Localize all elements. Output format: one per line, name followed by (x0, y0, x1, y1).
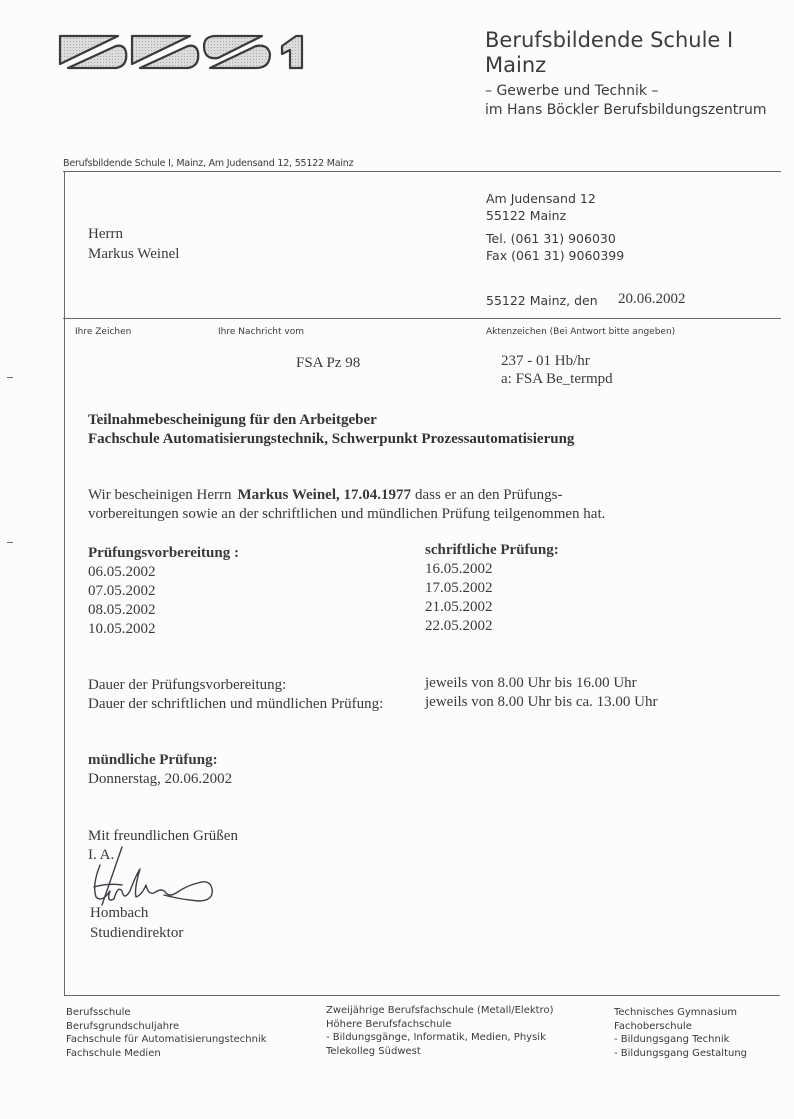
preparation-date: 07.05.2002 (88, 582, 239, 601)
written-exam-date: 17.05.2002 (425, 579, 559, 598)
recipient-salutation: Herrn (88, 224, 179, 244)
written-exam-date: 16.05.2002 (425, 560, 559, 579)
footer-item: Fachschule für Automatisierungstechnik (66, 1033, 267, 1047)
contact-phone: Tel. (061 31) 906030 (486, 230, 624, 247)
school-subtitle: – Gewerbe und Technik – im Hans Böckler … (485, 82, 767, 120)
frame-top-line (63, 171, 781, 172)
footer-item: Berufsgrundschuljahre (66, 1020, 267, 1034)
subject-line2: Fachschule Automatisierungstechnik, Schw… (88, 430, 574, 449)
recipient-address: Herrn Markus Weinel (88, 224, 179, 264)
date-label: 55122 Mainz, den (486, 293, 598, 308)
fold-mark-1 (7, 377, 13, 378)
ihre-zeichen-label: Ihre Zeichen (75, 327, 131, 337)
school-name: Berufsbildende Schule I Mainz (485, 28, 733, 78)
body-prefix: Wir bescheinigen Herrn (88, 487, 232, 503)
school-subtitle-line1: – Gewerbe und Technik – (485, 82, 767, 101)
fold-mark-2 (7, 542, 13, 543)
preparation-date: 06.05.2002 (88, 563, 239, 582)
preparation-heading: Prüfungsvorbereitung : (88, 544, 239, 563)
body-line2: vorbereitungen sowie an der schriftliche… (88, 505, 605, 524)
footer-item: Zweijährige Berufsfachschule (Metall/Ele… (326, 1004, 553, 1018)
ihre-nachricht-label: Ihre Nachricht vom (218, 327, 304, 337)
ihre-nachricht-value: FSA Pz 98 (296, 354, 360, 372)
aktenzeichen-value: 237 - 01 Hb/hr a: FSA Be_termpd (501, 352, 613, 388)
footer-col-1: Berufsschule Berufsgrundschuljahre Fachs… (66, 1006, 267, 1060)
signer-name: Hombach (90, 903, 183, 923)
aktenzeichen-line1: 237 - 01 Hb/hr (501, 352, 613, 370)
written-exam-heading: schriftliche Prüfung: (425, 541, 559, 560)
footer-col-2: Zweijährige Berufsfachschule (Metall/Ele… (326, 1004, 553, 1058)
footer-item: Fachschule Medien (66, 1047, 267, 1061)
duration-label: Dauer der Prüfungsvorbereitung: (88, 676, 383, 695)
footer-item: - Bildungsgänge, Informatik, Medien, Phy… (326, 1031, 553, 1045)
subject-line1: Teilnahmebescheinigung für den Arbeitgeb… (88, 411, 574, 430)
school-subtitle-line2: im Hans Böckler Berufsbildungszentrum (485, 101, 767, 120)
body-paragraph: Wir bescheinigen HerrnMarkus Weinel, 17.… (88, 486, 605, 524)
contact-street: Am Judensand 12 (486, 190, 624, 207)
school-logo (58, 32, 308, 72)
frame-bottom-line (64, 995, 780, 996)
body-suffix: dass er an den Prüfungs- (415, 487, 562, 503)
oral-exam-date: Donnerstag, 20.06.2002 (88, 770, 232, 789)
duration-value: jeweils von 8.00 Uhr bis 16.00 Uhr (425, 674, 657, 693)
letter-date: 20.06.2002 (618, 291, 686, 308)
frame-reference-line (63, 318, 781, 319)
footer-item: Telekolleg Südwest (326, 1045, 553, 1059)
preparation-date: 10.05.2002 (88, 620, 239, 639)
body-person: Markus Weinel, 17.04.1977 (238, 487, 411, 503)
footer-item: Technisches Gymnasium (614, 1006, 747, 1020)
sender-return-address: Berufsbildende Schule I, Mainz, Am Juden… (63, 158, 353, 169)
contact-fax: Fax (061 31) 9060399 (486, 247, 624, 264)
contact-city: 55122 Mainz (486, 207, 624, 224)
duration-values: jeweils von 8.00 Uhr bis 16.00 Uhr jewei… (425, 674, 657, 712)
subject: Teilnahmebescheinigung für den Arbeitgeb… (88, 411, 574, 449)
signer-title: Studiendirektor (90, 923, 183, 943)
duration-label: Dauer der schriftlichen und mündlichen P… (88, 695, 383, 714)
written-exam-date: 21.05.2002 (425, 598, 559, 617)
duration-labels: Dauer der Prüfungsvorbereitung: Dauer de… (88, 676, 383, 714)
school-contact: Am Judensand 12 55122 Mainz Tel. (061 31… (486, 190, 624, 264)
aktenzeichen-line2: a: FSA Be_termpd (501, 370, 613, 388)
footer-item: Fachoberschule (614, 1020, 747, 1034)
signer: Hombach Studiendirektor (90, 903, 183, 943)
aktenzeichen-label: Aktenzeichen (Bei Antwort bitte angeben) (486, 327, 675, 337)
footer-col-3: Technisches Gymnasium Fachoberschule - B… (614, 1006, 747, 1060)
footer-item: Berufsschule (66, 1006, 267, 1020)
school-name-line2: Mainz (485, 53, 733, 78)
closing-greeting: Mit freundlichen Grüßen (88, 827, 238, 846)
recipient-name: Markus Weinel (88, 244, 179, 264)
oral-exam-heading: mündliche Prüfung: (88, 751, 232, 770)
duration-value: jeweils von 8.00 Uhr bis ca. 13.00 Uhr (425, 693, 657, 712)
oral-exam: mündliche Prüfung: Donnerstag, 20.06.200… (88, 751, 232, 789)
written-exam-date: 22.05.2002 (425, 617, 559, 636)
footer-item: - Bildungsgang Technik (614, 1033, 747, 1047)
footer-item: - Bildungsgang Gestaltung (614, 1047, 747, 1061)
written-exam-list: schriftliche Prüfung: 16.05.2002 17.05.2… (425, 541, 559, 636)
school-name-line1: Berufsbildende Schule I (485, 28, 733, 53)
frame-left-line (64, 171, 65, 996)
preparation-list: Prüfungsvorbereitung : 06.05.2002 07.05.… (88, 544, 239, 639)
footer-item: Höhere Berufsfachschule (326, 1018, 553, 1032)
preparation-date: 08.05.2002 (88, 601, 239, 620)
